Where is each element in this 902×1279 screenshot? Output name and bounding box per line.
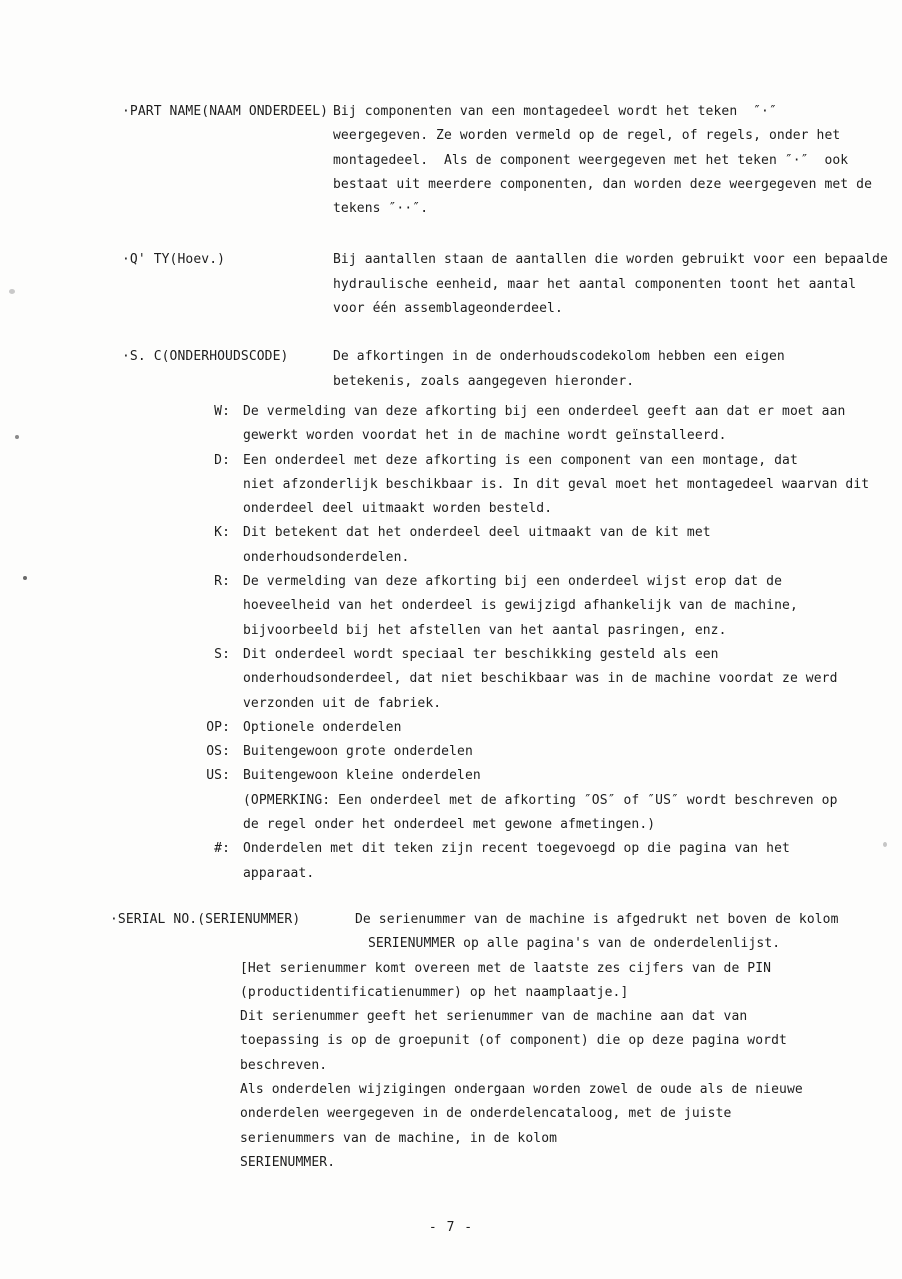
text-line: SERIENUMMER. [240, 1151, 870, 1175]
text-line: apparaat. [243, 862, 888, 886]
page-number: - 7 - [0, 1216, 902, 1240]
scan-speckle [9, 289, 15, 294]
service-code-abbr: #: [122, 837, 230, 861]
serial-section-label: ·SERIAL NO.(SERIENUMMER) [110, 908, 355, 932]
text-line: onderdelen weergegeven in de onderdelenc… [240, 1102, 870, 1126]
service-code-row: #: Onderdelen met dit teken zijn recent … [0, 837, 902, 886]
service-code-text: De vermelding van deze afkorting bij een… [243, 400, 888, 449]
serial-section-notes: [Het serienummer komt overeen met de laa… [240, 957, 870, 1176]
service-code-abbr: OS: [122, 740, 230, 764]
service-code-abbr: K: [122, 521, 230, 545]
service-code-row: D: Een onderdeel met deze afkorting is e… [0, 449, 902, 522]
text-line: Bij aantallen staan de aantallen die wor… [333, 248, 888, 272]
text-line: montagedeel. Als de component weergegeve… [333, 149, 888, 173]
text-line: serienummers van de machine, in de kolom [240, 1127, 870, 1151]
service-code-abbr: D: [122, 449, 230, 473]
text-line: niet afzonderlijk beschikbaar is. In dit… [243, 473, 888, 497]
scan-speckle [15, 435, 19, 439]
service-code-list: W: De vermelding van deze afkorting bij … [0, 400, 902, 886]
text-line: weergegeven. Ze worden vermeld op de reg… [333, 124, 888, 148]
text-line: Als onderdelen wijzigingen ondergaan wor… [240, 1078, 870, 1102]
service-code-text: Een onderdeel met deze afkorting is een … [243, 449, 888, 522]
text-line: Bij componenten van een montagedeel word… [333, 100, 888, 124]
definitions-list: ·PART NAME(NAAM ONDERDEEL) Bij component… [0, 100, 902, 394]
text-line: tekens ″··″. [333, 197, 888, 221]
definition-text: Bij aantallen staan de aantallen die wor… [333, 248, 888, 321]
service-code-text: Optionele onderdelen [243, 716, 888, 740]
text-line: Dit betekent dat het onderdeel deel uitm… [243, 521, 888, 545]
text-line: beschreven. [240, 1054, 870, 1078]
text-line: SERIENUMMER op alle pagina's van de onde… [355, 932, 895, 956]
text-line: bestaat uit meerdere componenten, dan wo… [333, 173, 888, 197]
text-line: Dit onderdeel wordt speciaal ter beschik… [243, 643, 888, 667]
definition-term: ·S. C(ONDERHOUDSCODE) [122, 345, 333, 369]
text-line: Buitengewoon grote onderdelen [243, 740, 888, 764]
text-line: De serienummer van de machine is afgedru… [355, 908, 895, 932]
service-code-text: (OPMERKING: Een onderdeel met de afkorti… [243, 789, 888, 838]
scan-speckle [23, 576, 27, 580]
text-line: Optionele onderdelen [243, 716, 888, 740]
definition-term: ·Q' TY(Hoev.) [122, 248, 333, 272]
service-code-abbr: OP: [122, 716, 230, 740]
serial-section-body: De serienummer van de machine is afgedru… [355, 908, 895, 957]
text-line: (OPMERKING: Een onderdeel met de afkorti… [243, 789, 888, 813]
service-code-text: Dit onderdeel wordt speciaal ter beschik… [243, 643, 888, 716]
definition-text: Bij componenten van een montagedeel word… [333, 100, 888, 221]
text-line: betekenis, zoals aangegeven hieronder. [333, 370, 888, 394]
definition-row: ·S. C(ONDERHOUDSCODE) De afkortingen in … [0, 345, 902, 394]
text-line: hoeveelheid van het onderdeel is gewijzi… [243, 594, 888, 618]
service-code-row: S: Dit onderdeel wordt speciaal ter besc… [0, 643, 902, 716]
text-line: onderhoudsonderdeel, dat niet beschikbaa… [243, 667, 888, 691]
service-code-abbr: R: [122, 570, 230, 594]
definition-term: ·PART NAME(NAAM ONDERDEEL) [122, 100, 333, 124]
text-line: Dit serienummer geeft het serienummer va… [240, 1005, 870, 1029]
service-code-abbr: W: [122, 400, 230, 424]
text-line: De vermelding van deze afkorting bij een… [243, 400, 888, 424]
text-line: De afkortingen in de onderhoudscodekolom… [333, 345, 888, 369]
text-line: onderhoudsonderdelen. [243, 546, 888, 570]
text-line: onderdeel deel uitmaakt worden besteld. [243, 497, 888, 521]
definition-row: ·PART NAME(NAAM ONDERDEEL) Bij component… [0, 100, 902, 221]
text-line: [Het serienummer komt overeen met de laa… [240, 957, 870, 981]
service-code-abbr: US: [122, 764, 230, 788]
serial-number-section: ·SERIAL NO.(SERIENUMMER) De serienummer … [0, 908, 902, 957]
text-line: toepassing is op de groepunit (of compon… [240, 1029, 870, 1053]
service-code-row: R: De vermelding van deze afkorting bij … [0, 570, 902, 643]
scanned-document-page: ·PART NAME(NAAM ONDERDEEL) Bij component… [0, 0, 902, 1279]
text-line: de regel onder het onderdeel met gewone … [243, 813, 888, 837]
service-code-row: US: Buitengewoon kleine onderdelen [0, 764, 902, 788]
service-code-text: Buitengewoon grote onderdelen [243, 740, 888, 764]
service-code-row: W: De vermelding van deze afkorting bij … [0, 400, 902, 449]
text-line: hydraulische eenheid, maar het aantal co… [333, 273, 888, 297]
service-code-row: OP: Optionele onderdelen [0, 716, 902, 740]
service-code-abbr: S: [122, 643, 230, 667]
text-line: Buitengewoon kleine onderdelen [243, 764, 888, 788]
service-code-text: Onderdelen met dit teken zijn recent toe… [243, 837, 888, 886]
text-line: Onderdelen met dit teken zijn recent toe… [243, 837, 888, 861]
text-line: gewerkt worden voordat het in de machine… [243, 424, 888, 448]
service-code-text: Buitengewoon kleine onderdelen [243, 764, 888, 788]
text-line: (productidentificatienummer) op het naam… [240, 981, 870, 1005]
service-code-text: Dit betekent dat het onderdeel deel uitm… [243, 521, 888, 570]
scan-speckle [883, 842, 887, 847]
service-code-row: (OPMERKING: Een onderdeel met de afkorti… [0, 789, 902, 838]
service-code-text: De vermelding van deze afkorting bij een… [243, 570, 888, 643]
definition-text: De afkortingen in de onderhoudscodekolom… [333, 345, 888, 394]
text-line: De vermelding van deze afkorting bij een… [243, 570, 888, 594]
definition-row: ·Q' TY(Hoev.) Bij aantallen staan de aan… [0, 248, 902, 321]
text-line: voor één assemblageonderdeel. [333, 297, 888, 321]
text-line: verzonden uit de fabriek. [243, 692, 888, 716]
text-line: Een onderdeel met deze afkorting is een … [243, 449, 888, 473]
service-code-row: K: Dit betekent dat het onderdeel deel u… [0, 521, 902, 570]
service-code-row: OS: Buitengewoon grote onderdelen [0, 740, 902, 764]
text-line: bijvoorbeeld bij het afstellen van het a… [243, 619, 888, 643]
